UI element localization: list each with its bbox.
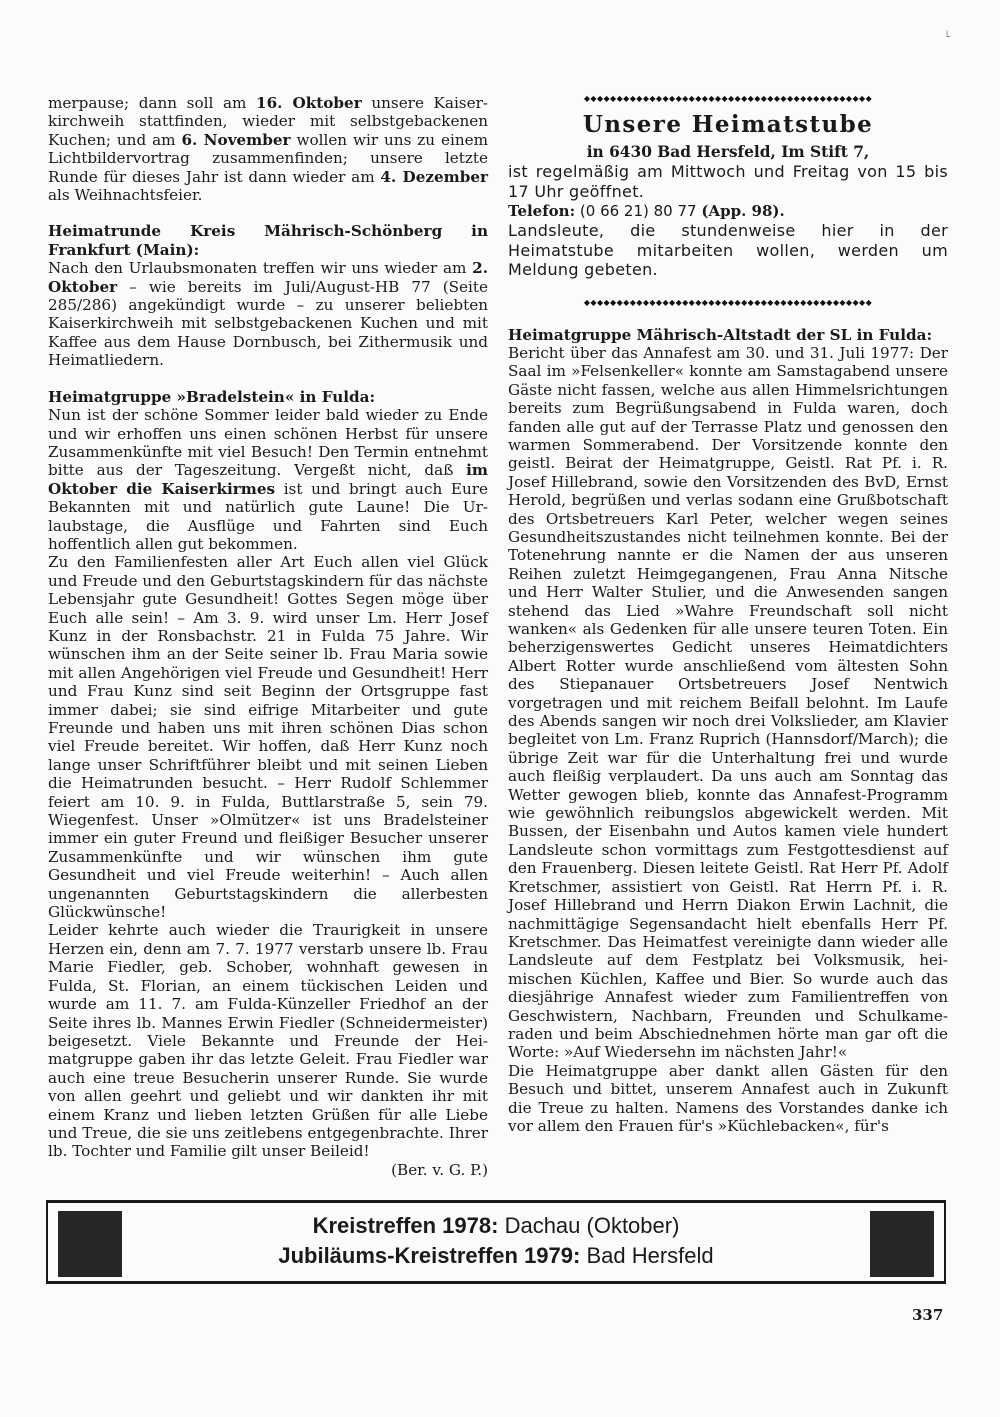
altstadt-paragraph-1: Bericht über das Annafest am 30. und 31.…: [508, 344, 948, 1062]
bradelstein-paragraph-1: Nun ist der schöne Sommer leider bald wi…: [48, 406, 488, 553]
scan-mark: └: [944, 32, 950, 43]
black-block-right: [870, 1211, 934, 1277]
signature: (Ber. v. G. P.): [48, 1161, 488, 1179]
heimatstube-box: ◆◆◆◆◆◆◆◆◆◆◆◆◆◆◆◆◆◆◆◆◆◆◆◆◆◆◆◆◆◆◆◆◆◆◆◆◆◆◆◆…: [508, 94, 948, 308]
heimatstube-address: in 6430 Bad Hersfeld, Im Stift 7,: [508, 142, 948, 162]
section-heading-bradelstein: Heimatgruppe »Bradelstein« in Fulda:: [48, 388, 488, 406]
bradelstein-paragraph-2: Zu den Familienfesten aller Art Euch all…: [48, 553, 488, 921]
page-number: 337: [912, 1306, 943, 1324]
altstadt-paragraph-2: Die Heimatgruppe aber dankt allen Gästen…: [508, 1062, 948, 1136]
section-heading-altstadt: Heimatgruppe Mährisch-Altstadt der SL in…: [508, 326, 948, 344]
kreistreffen-banner: Kreistreffen 1978: Dachau (Oktober) Jubi…: [46, 1200, 946, 1284]
diamond-rule-top: ◆◆◆◆◆◆◆◆◆◆◆◆◆◆◆◆◆◆◆◆◆◆◆◆◆◆◆◆◆◆◆◆◆◆◆◆◆◆◆◆…: [508, 94, 948, 104]
heimatstube-title: Unsere Heimatstube: [508, 112, 948, 138]
heimatstube-phone: Telefon: (0 66 21) 80 77 (App. 98).: [508, 201, 948, 221]
bradelstein-paragraph-3: Leider kehrte auch wieder die Traurigkei…: [48, 921, 488, 1160]
banner-line-1: Kreistreffen 1978: Dachau (Oktober): [48, 1211, 944, 1241]
diamond-rule-bottom: ◆◆◆◆◆◆◆◆◆◆◆◆◆◆◆◆◆◆◆◆◆◆◆◆◆◆◆◆◆◆◆◆◆◆◆◆◆◆◆◆…: [508, 298, 948, 308]
section-heading-frankfurt: Heimatrunde Kreis Mährisch-Schönberg in …: [48, 222, 488, 259]
intro-paragraph: merpause; dann soll am 16. Oktober unser…: [48, 94, 488, 204]
heimatstube-hours: ist regelmäßig am Mittwoch und Freitag v…: [508, 162, 948, 201]
frankfurt-paragraph: Nach den Urlaubsmonaten treffen wir uns …: [48, 259, 488, 369]
right-column: ◆◆◆◆◆◆◆◆◆◆◆◆◆◆◆◆◆◆◆◆◆◆◆◆◆◆◆◆◆◆◆◆◆◆◆◆◆◆◆◆…: [508, 94, 948, 1135]
heimatstube-call-to-action: Landsleute, die stundenweise hier in der…: [508, 221, 948, 280]
left-column: merpause; dann soll am 16. Oktober unser…: [48, 94, 488, 1179]
banner-line-2: Jubiläums-Kreistreffen 1979: Bad Hersfel…: [48, 1241, 944, 1271]
banner-text: Kreistreffen 1978: Dachau (Oktober) Jubi…: [48, 1211, 944, 1271]
